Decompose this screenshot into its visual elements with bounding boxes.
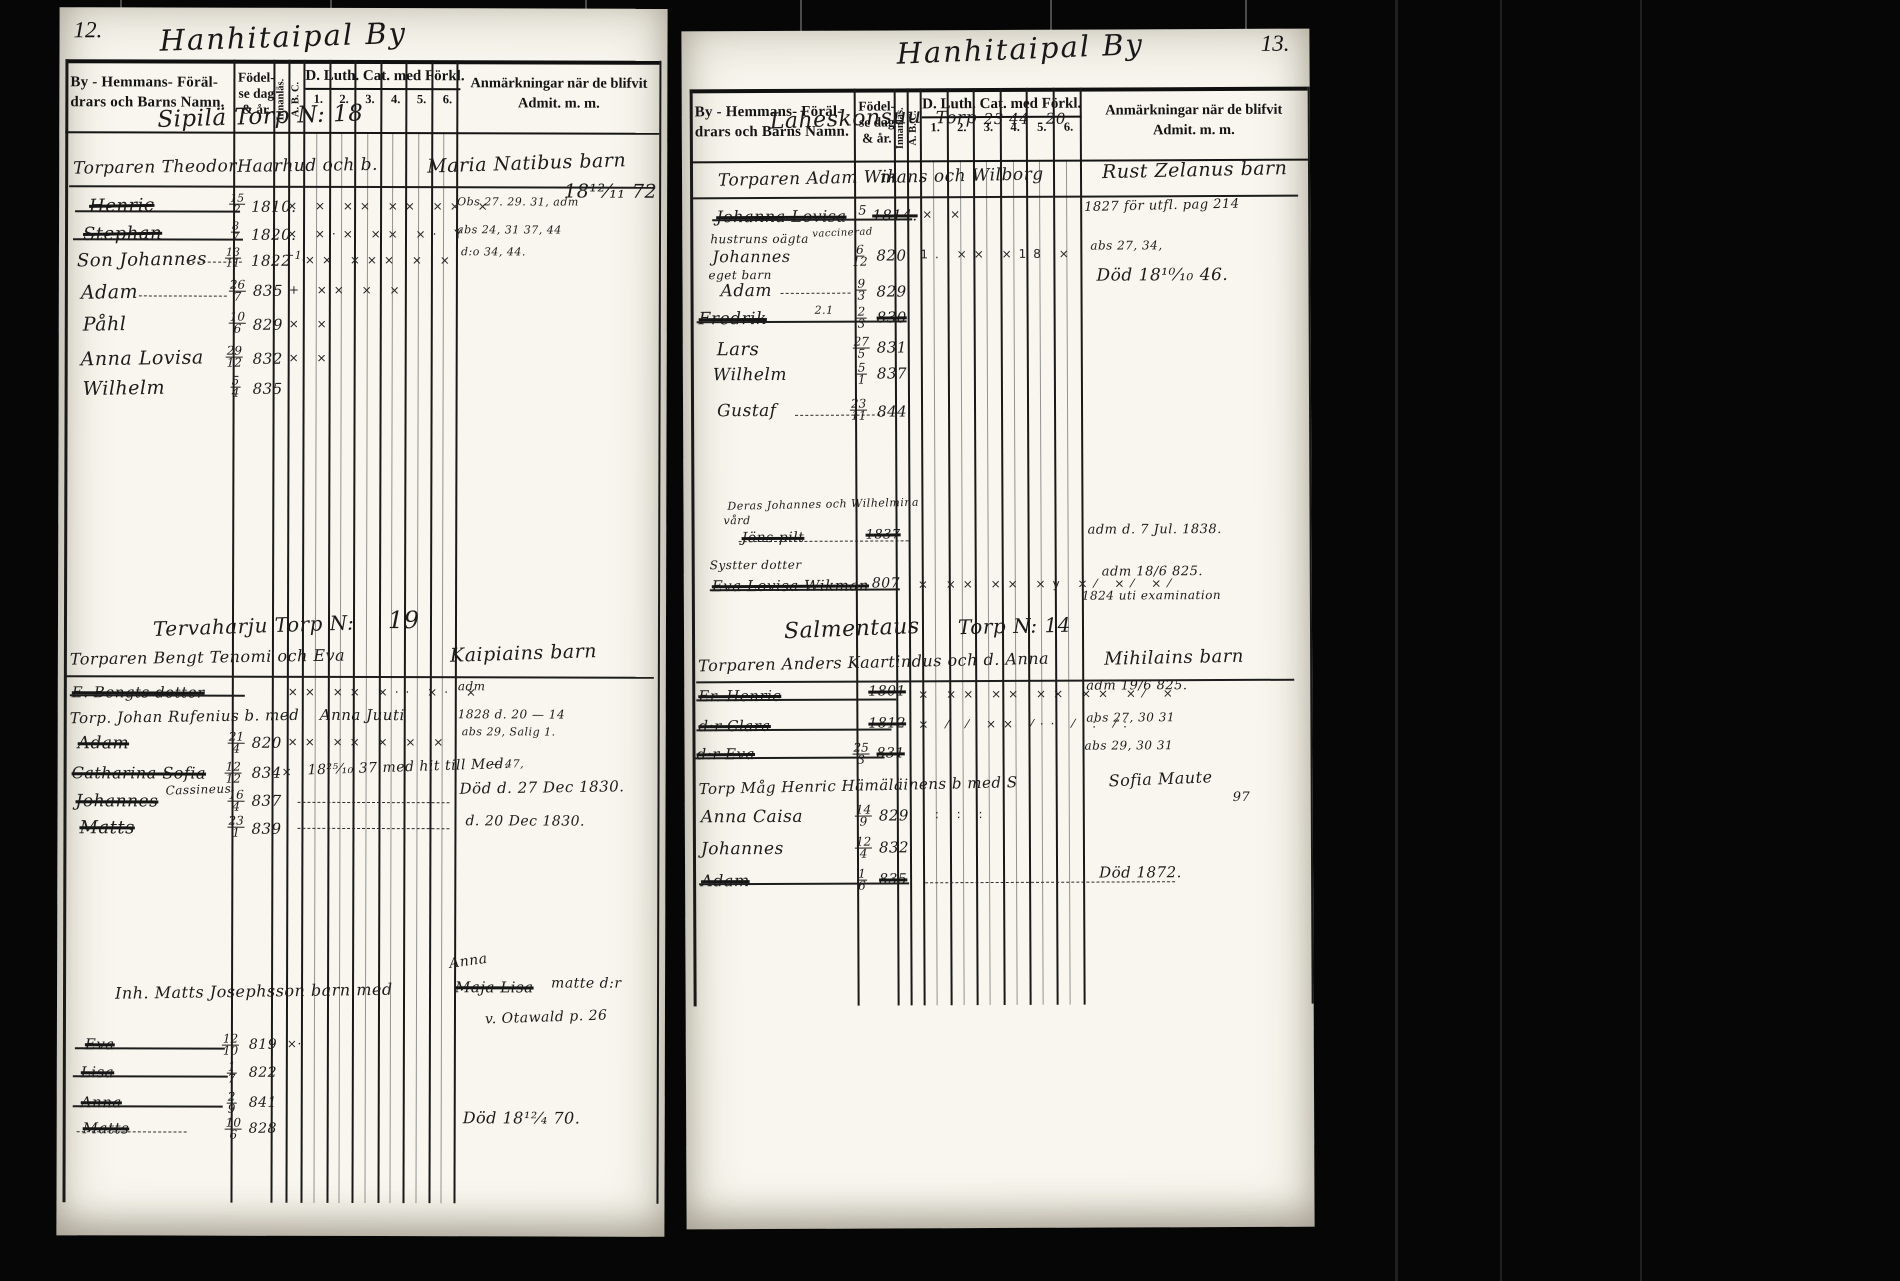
birth-month: 9 [860, 817, 868, 828]
handwritten-entry: 5 [858, 205, 867, 218]
handwritten-entry: Laheskonsuu [769, 106, 922, 134]
handwritten-entry: abs 29, Salig 1. [462, 726, 556, 737]
handwritten-entry: 18¹²⁄₁₁ 72 [564, 183, 657, 202]
strike-line [75, 1047, 225, 1049]
handwritten-entry: d:o 34, 44. [461, 246, 526, 257]
pen-dash-line [139, 295, 227, 296]
handwritten-entry: Rust Zelanus barn [1102, 159, 1288, 182]
birth-date-fraction: 16 [857, 869, 867, 893]
birth-date-fraction: 253 [852, 743, 869, 767]
pen-dash-line [781, 293, 851, 294]
handwritten-entry: Systter dotter [710, 559, 802, 571]
birth-date-fraction: 93 [856, 279, 866, 303]
handwritten-entry: eget barn [708, 269, 771, 281]
birth-date-fraction: 51 [857, 363, 867, 387]
birth-date-fraction: 23 [857, 307, 867, 331]
assessment-marks: × × [922, 208, 967, 220]
handwritten-entry: Fredrik [699, 311, 767, 328]
handwritten-entry: Gustaf [717, 403, 777, 420]
handwritten-entry: Catharina Sofia [72, 765, 206, 781]
scan-streak [1395, 0, 1398, 1281]
handwritten-entry: Torparen Theodor [73, 158, 237, 177]
birth-month: 11 [226, 259, 240, 269]
handwritten-entry: mans och Wilborg [880, 166, 1044, 187]
handwritten-entry: Död 18¹⁰⁄₁₀ 46. [1096, 267, 1228, 285]
handwritten-entry: — 47, [490, 758, 525, 769]
birth-month: 5 [858, 349, 866, 360]
birth-date-fraction: 267 [229, 280, 246, 304]
handwritten-entry: Deras Johannes och Wilhelmina [727, 497, 919, 512]
handwritten-entry: adm 19/6 825. [1086, 679, 1187, 692]
birth-date-fraction: 54 [231, 376, 241, 400]
handwritten-entry: 828 [249, 1122, 277, 1136]
strike-line [66, 675, 654, 679]
birth-month: 12 [852, 257, 867, 268]
handwritten-entry: 829 [876, 284, 906, 299]
strike-line [73, 1105, 223, 1107]
handwritten-entry: Torp [936, 110, 977, 127]
pen-dash-line [925, 881, 1175, 883]
handwritten-entry: v. Otawald p. 26 [485, 1009, 608, 1027]
handwritten-entry: Mihilains barn [1104, 648, 1244, 669]
handwritten-entry: Matts [83, 1121, 130, 1136]
handwritten-entry: d:r Eva [697, 747, 756, 762]
birth-month: 12 [227, 358, 242, 369]
birth-date-fraction: 149 [855, 805, 872, 829]
handwritten-entry: Maja Lisa [455, 980, 534, 995]
handwritten-entry: 1824 uti examination [1082, 589, 1221, 602]
handwritten-entry: Johannes [76, 793, 159, 810]
handwritten-entry: Sofia Maute [1108, 769, 1212, 789]
handwritten-entry: Anna Caisa [701, 809, 803, 826]
birth-month: 3 [858, 291, 866, 302]
handwritten-entry: Eva Lovisa Wikman [712, 579, 869, 595]
handwritten-entry: 822 [249, 1066, 277, 1080]
handwritten-entry: Maria Natibus barn [427, 151, 626, 176]
handwritten-entry: Cassineus [165, 783, 231, 797]
strike-line [696, 698, 896, 701]
handwritten-entry: 835 [253, 284, 283, 299]
handwritten-entry: abs 24, 31 37, 44 [457, 224, 562, 235]
handwritten-entry: 18²⁵⁄₁₀ 37 med hit till Med. [307, 757, 509, 777]
handwritten-entry: 831 [877, 340, 907, 355]
pen-dash-line [298, 802, 450, 803]
strike-line [699, 882, 909, 885]
handwritten-entry: Adam [78, 735, 129, 752]
handwritten-entry: 1827 för utfl. pag 214 [1084, 198, 1240, 214]
handwritten-entry: 832 [253, 352, 283, 367]
assessment-marks: : : : [935, 808, 990, 820]
handwritten-entry: 837 [252, 794, 282, 809]
handwritten-entry: Matts [79, 819, 134, 837]
assessment-marks: × × [289, 352, 334, 364]
strike-line [696, 679, 1294, 684]
handwritten-entry: adm 18/6 825. [1102, 565, 1203, 578]
birth-month: 4 [232, 802, 240, 813]
handwritten-entry: Adam [701, 873, 750, 889]
handwritten-entry: Jöns pilt [742, 531, 805, 545]
handwritten-entry: 2.1 [815, 305, 834, 316]
handwritten-entry: 844 [877, 404, 907, 419]
assessment-marks: 1. ×× ×18 × [920, 248, 1075, 261]
strike-line [73, 1075, 228, 1077]
handwritten-entry: Johanna Lovisa [716, 209, 846, 226]
handwritten-entry: Lisa [81, 1065, 114, 1080]
handwritten-entry: 832 [879, 840, 909, 855]
handwritten-entry: adm [458, 680, 486, 692]
handwritten-entry: Torp Måg Henric Hämäläinens b med S [699, 775, 1018, 797]
scan-streak [1500, 0, 1502, 1281]
handwritten-entry: abs 29, 30 31 [1084, 739, 1173, 751]
handwritten-entry: 820 [252, 736, 282, 751]
handwritten-entry: Wilhelm [82, 379, 165, 399]
birth-date-fraction: 106 [229, 312, 246, 336]
birth-date-fraction: 1311 [225, 248, 241, 270]
handwritten-entry: Kaipiains barn [450, 642, 598, 666]
handwritten-entry: × [282, 766, 293, 778]
handwritten-entry: vård [724, 515, 751, 526]
handwritten-entry: Anna Juuti [320, 708, 405, 723]
handwritten-entry: Torparen Adam Wik [718, 169, 898, 190]
ink-layer: Sipilä Torp N: 18Torparen TheodorHaarhud… [56, 7, 667, 1237]
strike-line [696, 728, 891, 731]
birth-month: 11 [851, 411, 866, 422]
handwritten-entry: Inh. Matts Josephsson barn med [115, 982, 393, 1002]
birth-month: 4 [232, 744, 240, 755]
handwritten-entry: abs 27, 34, [1090, 239, 1162, 251]
birth-date-fraction: 214 [228, 732, 245, 756]
handwritten-entry: 841 [249, 1096, 277, 1110]
handwritten-entry: d:r Clara [698, 719, 771, 734]
ink-layer: LaheskonsuuTorp23 4420Torparen Adam Wikm… [681, 29, 1314, 1230]
handwritten-entry: 1801 [868, 684, 906, 698]
scan-background: 12. Hanhitaipal By By - Hemmans- Föräl- … [0, 0, 1900, 1281]
strike-line [75, 210, 240, 212]
handwritten-entry: Son Johannes [77, 250, 207, 270]
handwritten-entry: Johannes [712, 249, 790, 265]
birth-month: 6 [229, 1130, 237, 1141]
handwritten-entry: Haarhud och b. [237, 157, 378, 176]
handwritten-entry: 829 [253, 318, 283, 333]
pen-dash-line [187, 262, 242, 263]
assessment-marks: + ×× × × [289, 284, 407, 296]
birth-date-fraction: 2311 [850, 399, 867, 423]
handwritten-entry: 20 [1046, 112, 1066, 127]
handwritten-entry: Salmentaus [784, 616, 920, 643]
handwritten-entry: Sipilä Torp N: 18 [157, 102, 364, 132]
birth-month: 7 [234, 292, 242, 303]
handwritten-entry: Torp. Johan Rufenius b. med [70, 708, 300, 726]
birth-month: 4 [232, 388, 240, 399]
handwritten-entry: Adam [720, 283, 771, 300]
handwritten-entry: Torparen Anders Kaartindus och d. Anna [698, 651, 1049, 675]
handwritten-entry: Torp N: 14 [958, 615, 1071, 637]
handwritten-entry: Anna [448, 952, 488, 971]
handwritten-entry: 97 [1233, 791, 1251, 804]
handwritten-entry: Er. Henric [698, 689, 781, 704]
handwritten-entry: +1, [285, 250, 306, 261]
birth-date-fraction: 106 [225, 1118, 242, 1142]
handwritten-entry: Eva [85, 1037, 115, 1052]
handwritten-entry: Påhl [83, 315, 127, 335]
birth-date-fraction: 29 [227, 1092, 237, 1116]
handwritten-entry: adm d. 7 Jul. 1838. [1088, 523, 1222, 537]
handwritten-entry: 835 [253, 382, 283, 397]
birth-month: 4 [860, 849, 868, 860]
handwritten-entry: Henric [89, 197, 155, 216]
assessment-marks: × × ×× ×× ×× × [287, 200, 495, 213]
handwritten-entry: ×· [287, 1038, 302, 1050]
handwritten-entry: 819 [249, 1038, 277, 1052]
handwritten-entry: 23 44 [984, 112, 1030, 127]
handwritten-entry: 830 [877, 310, 907, 325]
handwritten-entry: 837 [877, 366, 907, 381]
right-page: 13. Hanhitaipal By By - Hemmans- Föräl- … [681, 29, 1314, 1230]
assessment-marks: × × [289, 318, 334, 330]
handwritten-entry: Wilhelm [713, 367, 787, 384]
handwritten-entry: 820 [876, 248, 906, 263]
birth-date-fraction: 164 [227, 790, 244, 814]
birth-month: 10 [223, 1046, 238, 1057]
pen-dash-line [297, 828, 449, 829]
handwritten-entry: 839 [251, 822, 281, 837]
scan-scratch [1245, 0, 1247, 30]
birth-date-fraction: 2912 [226, 346, 243, 370]
handwritten-entry: Tervaharju Torp N: [153, 612, 355, 638]
birth-date-fraction: 612 [852, 245, 867, 269]
birth-month: 9 [228, 1104, 236, 1115]
handwritten-entry: Död 18¹²⁄₄ 70. [463, 1110, 581, 1126]
assessment-marks: ×× ×× ×·· ×· × [288, 686, 483, 699]
handwritten-entry: 1814. [872, 208, 918, 223]
handwritten-entry: Lars [717, 341, 760, 359]
handwritten-entry: matte d:r [551, 976, 622, 990]
handwritten-entry: Torparen Bengt Tenomi och Eva [70, 648, 345, 668]
handwritten-entry: Död 1872. [1099, 865, 1182, 880]
handwritten-entry: hustruns oägta [710, 233, 809, 245]
birth-month: 1 [232, 828, 240, 839]
handwritten-entry: Död d. 27 Dec 1830. [459, 779, 624, 796]
handwritten-entry: E. Bengts dotter [72, 685, 205, 700]
handwritten-entry: 834 [252, 766, 282, 781]
strike-line [697, 320, 907, 323]
handwritten-entry: 829 [879, 808, 909, 823]
scan-streak [1640, 0, 1642, 1281]
handwritten-entry: vaccinerad [812, 227, 873, 239]
handwritten-entry: d. 20 Dec 1830. [465, 814, 585, 828]
birth-date-fraction: 17 [227, 1062, 237, 1086]
handwritten-entry: 19 [388, 608, 420, 632]
assessment-marks: × ×·× ×× ×· Y [287, 228, 469, 240]
handwritten-entry: 1828 d. 20 — 14 [458, 708, 565, 720]
birth-date-fraction: 124 [855, 837, 872, 861]
birth-month: 6 [234, 324, 242, 335]
assessment-marks: ×× ×× × × × [288, 736, 451, 748]
handwritten-entry: Stephan [83, 225, 162, 244]
handwritten-entry: Anna [81, 1095, 122, 1110]
assessment-marks: ×× ××× × × [305, 254, 457, 266]
pen-dash-line [795, 414, 885, 415]
birth-date-fraction: 1210 [222, 1034, 239, 1058]
birth-date-fraction: 231 [227, 816, 244, 840]
birth-date-fraction: 275 [853, 337, 870, 361]
handwritten-entry: Adam [81, 283, 139, 303]
birth-month: 1 [858, 375, 866, 386]
birth-month: 7 [228, 1074, 236, 1085]
handwritten-entry: Anna Lovisa [81, 349, 204, 370]
handwritten-entry: Johannes [701, 841, 784, 858]
left-page: 12. Hanhitaipal By By - Hemmans- Föräl- … [56, 7, 667, 1237]
handwritten-entry: abs 27, 30 31 [1086, 711, 1175, 723]
